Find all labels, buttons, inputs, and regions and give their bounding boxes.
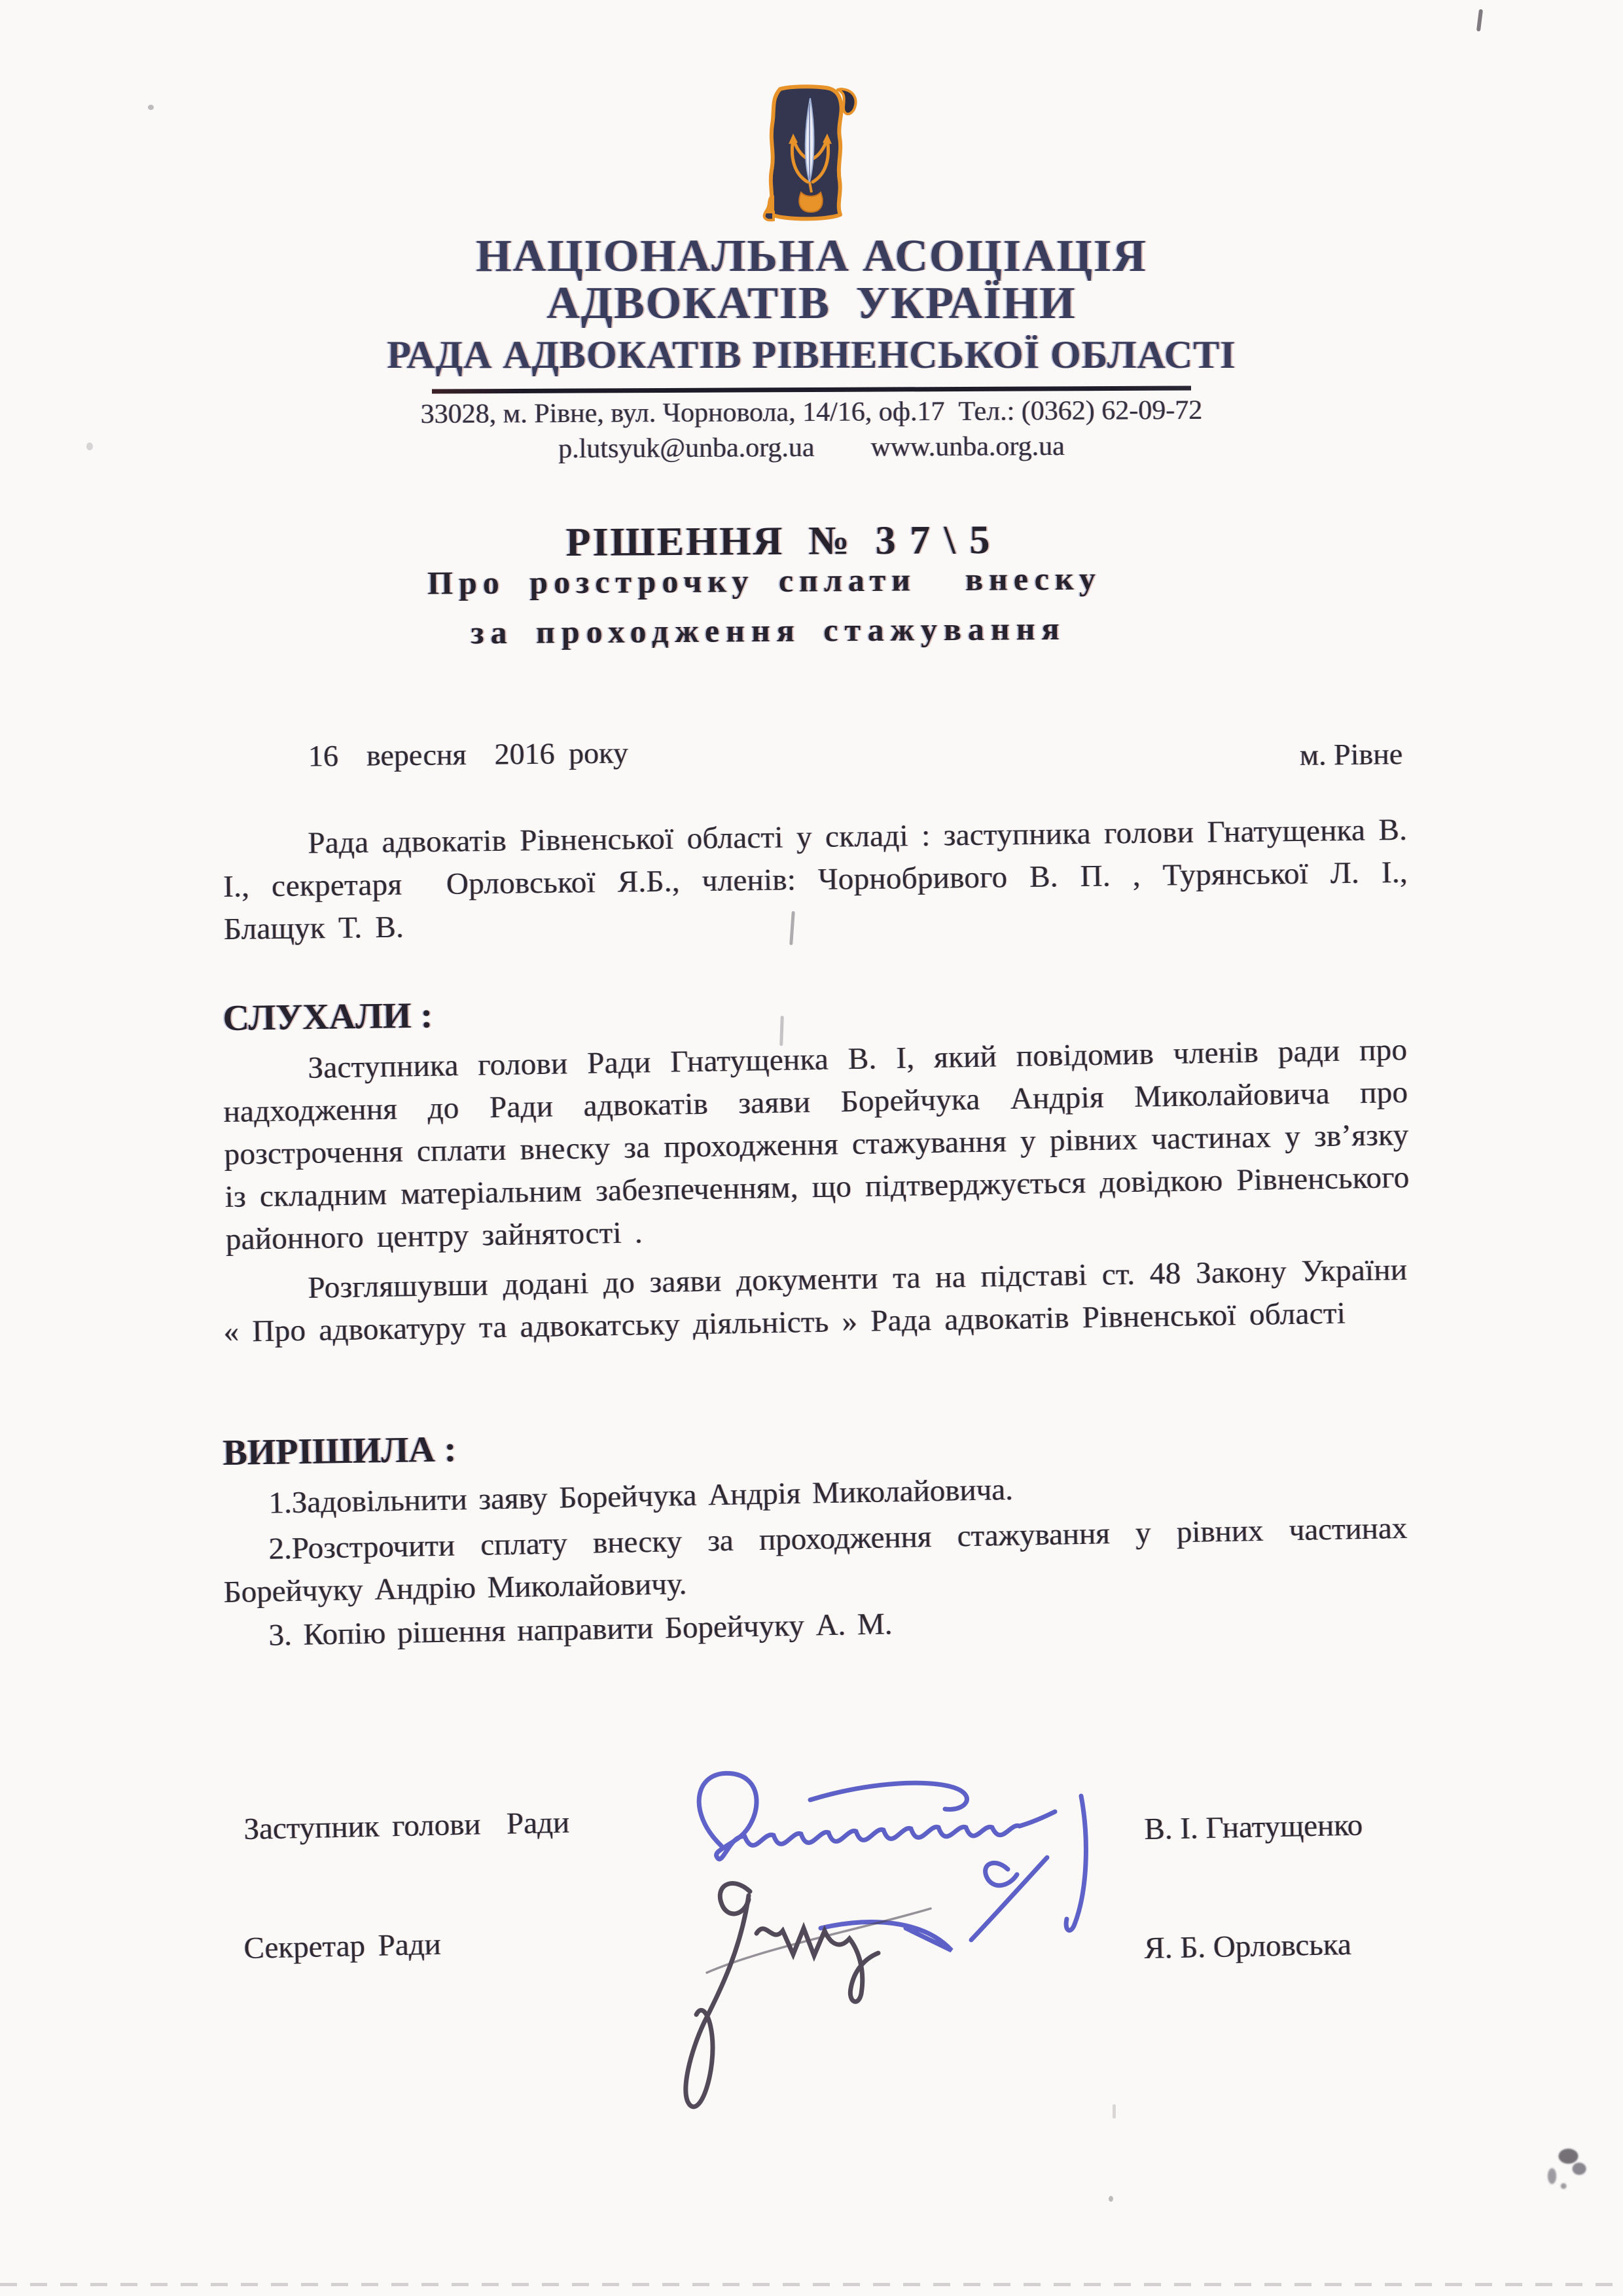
org-name-line3: РАДА АДВОКАТІВ РІВНЕНСЬКОЇ ОБЛАСТІ bbox=[0, 332, 1623, 378]
signature-blue-ink-icon bbox=[681, 1759, 1139, 1975]
decision-date: 16 вересня 2016 року bbox=[308, 735, 628, 773]
decision-title-subject-line2: за проходження стажування bbox=[0, 605, 1580, 655]
letterhead-email: p.lutsyuk@unba.org.ua bbox=[558, 432, 815, 465]
letterhead-website: www.unba.org.ua bbox=[870, 431, 1065, 463]
signature-name-orlovska: Я. Б. Орловська bbox=[1144, 1927, 1351, 1966]
scan-artifact-speck bbox=[1113, 2104, 1116, 2119]
scan-artifact-speck bbox=[1109, 2196, 1113, 2202]
letterhead-address: 33028, м. Рівне, вул. Чорновола, 14/16, … bbox=[0, 393, 1623, 433]
letterhead-contact-row: p.lutsyuk@unba.org.ua www.unba.org.ua bbox=[0, 428, 1623, 468]
heard-section-heading: СЛУХАЛИ : bbox=[223, 995, 433, 1039]
scan-artifact-gray-smudge bbox=[1526, 2142, 1594, 2194]
signature-role-deputy-head: Заступник голови Ради bbox=[243, 1805, 570, 1847]
signature-role-secretary: Секретар Ради bbox=[243, 1927, 441, 1966]
org-name-line2: АДВОКАТІВ УКРАЇНИ bbox=[0, 278, 1623, 330]
scan-artifact-bottom-edge-line bbox=[0, 2283, 1623, 2286]
letterhead-divider-rule bbox=[432, 386, 1191, 393]
scan-artifact-speck bbox=[148, 105, 154, 110]
heard-paragraph-2: Розгляшувши додані до заяви документи та… bbox=[223, 1249, 1408, 1354]
document-page: НАЦІОНАЛЬНА АСОЦІАЦІЯ АДВОКАТІВ УКРАЇНИ … bbox=[0, 0, 1623, 2296]
org-name-line1: НАЦІОНАЛЬНА АСОЦІАЦІЯ bbox=[0, 230, 1623, 283]
council-composition-paragraph: Рада адвокатів Рівненської області у скл… bbox=[223, 809, 1408, 951]
resolved-section-heading: ВИРІШИЛА : bbox=[223, 1428, 457, 1474]
heard-paragraph-1: Заступника голови Ради Гнатущенка В. І, … bbox=[223, 1029, 1410, 1261]
decision-place: м. Рівне bbox=[1300, 736, 1403, 772]
scan-artifact-top-right-tick bbox=[1476, 9, 1483, 31]
signature-dark-ink-icon bbox=[666, 1871, 948, 2145]
signature-name-hnatushchenko: В. І. Гнатущенко bbox=[1144, 1808, 1363, 1847]
scan-artifact-speck bbox=[86, 442, 93, 450]
naau-logo-icon bbox=[753, 81, 868, 223]
